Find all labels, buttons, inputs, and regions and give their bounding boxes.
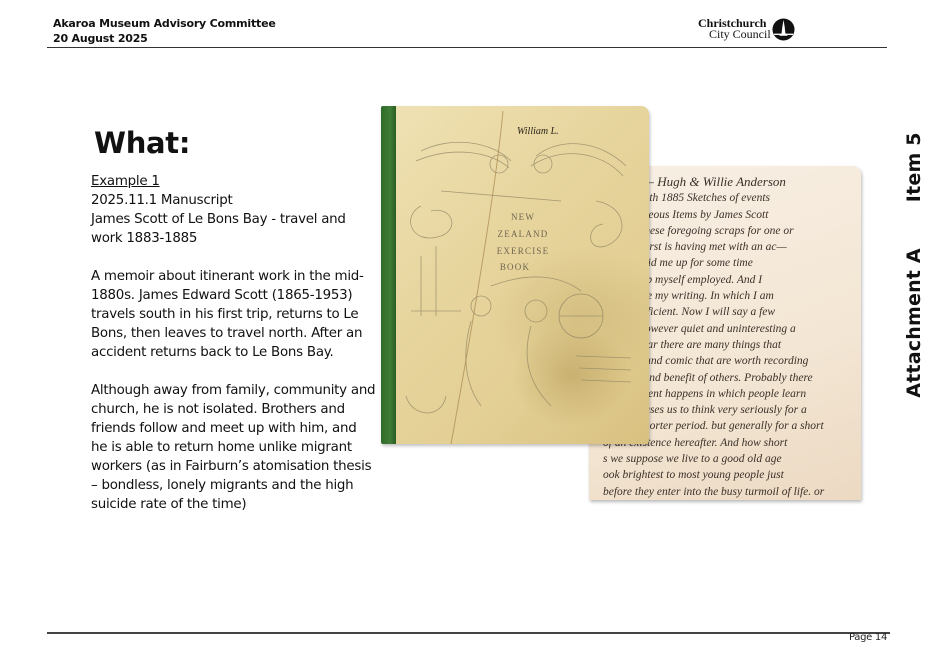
- cover-signature: William L.: [517, 126, 559, 137]
- item-title: James Scott of Le Bons Bay - travel and …: [91, 210, 376, 248]
- meeting-date: 20 August 2025: [53, 31, 276, 46]
- cathedral-logo-icon: [772, 18, 795, 41]
- cover-title-line: BOOK: [500, 262, 530, 272]
- side-label: Attachment AItem 5: [896, 130, 932, 400]
- cover-title-line: NEW: [511, 212, 535, 222]
- exercise-book-cover-image: William L. NEW ZEALAND EXERCISE BOOK: [381, 106, 649, 444]
- document-header: Akaroa Museum Advisory Committee 20 Augu…: [53, 16, 276, 46]
- manuscript-line: s we suppose we live to a good old age: [603, 451, 861, 467]
- cover-title-line: ZEALAND: [498, 229, 549, 239]
- header-divider: [47, 47, 887, 48]
- footer-divider: [47, 632, 890, 634]
- item-label: Item 5: [903, 132, 925, 202]
- committee-name: Akaroa Museum Advisory Committee: [53, 16, 276, 31]
- memoir-description: A memoir about itinerant work in the mid…: [91, 267, 376, 362]
- page-number: Page 14: [849, 632, 887, 643]
- cover-title-line: EXERCISE: [497, 246, 550, 256]
- manuscript-line: before they enter into the busy turmoil …: [603, 484, 861, 500]
- section-title: What:: [94, 126, 190, 160]
- description-text: Example 1 2025.11.1 Manuscript James Sco…: [91, 172, 376, 514]
- accession-number: 2025.11.1 Manuscript: [91, 191, 376, 210]
- attachment-label: Attachment A: [903, 248, 925, 398]
- context-paragraph: Although away from family, community and…: [91, 381, 376, 514]
- christchurch-city-council-logo: Christchurch City Council: [698, 17, 798, 43]
- cover-engraving-illustration: William L. NEW ZEALAND EXERCISE BOOK: [381, 106, 649, 444]
- manuscript-line: ook brightest to most young people just: [603, 467, 861, 483]
- example-label: Example 1: [91, 172, 376, 191]
- logo-line-2: City Council: [709, 28, 771, 41]
